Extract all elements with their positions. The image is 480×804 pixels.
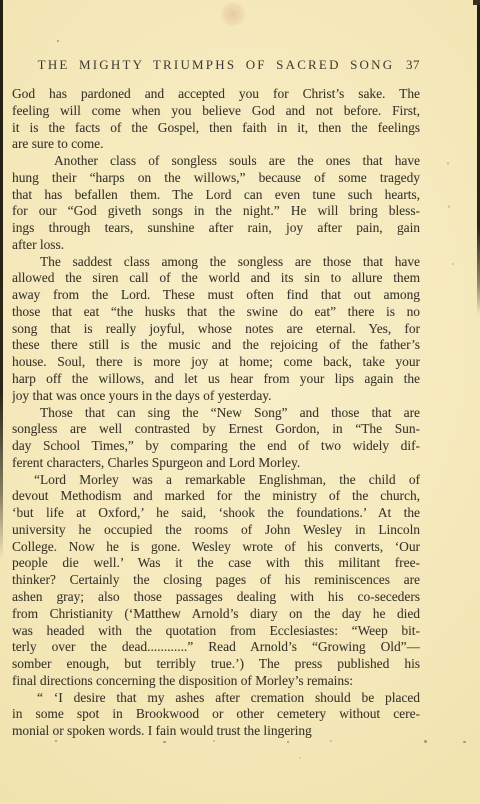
text-line: song that is really joyful, whose notes … <box>12 321 420 338</box>
text-line: people die well.’ Was it the case with t… <box>12 555 420 572</box>
text-line: ferent characters, Charles Spurgeon and … <box>12 455 420 472</box>
scan-speck <box>330 740 332 742</box>
text-block: God has pardoned and accepted you for Ch… <box>12 86 420 740</box>
scan-edge-left <box>0 0 3 560</box>
text-line: was headed with the quotation from Eccle… <box>12 623 420 640</box>
text-line: house. Soul, there is more joy at home; … <box>12 354 420 371</box>
book-page: THE MIGHTY TRIUMPHS OF SACRED SONG 37 Go… <box>0 0 480 804</box>
text-line: are sure to come. <box>12 136 420 153</box>
scan-speck <box>57 40 59 42</box>
text-line: “Lord Morley was a remarkable Englishman… <box>12 472 420 489</box>
text-line: hung their “harps on the willows,” becau… <box>12 170 420 187</box>
paragraph: Another class of songless souls are the … <box>12 153 420 254</box>
text-line: somber enough, but terribly true.’) The … <box>12 656 420 673</box>
paragraph: God has pardoned and accepted you for Ch… <box>12 86 420 153</box>
paper-stain <box>220 2 246 26</box>
scan-corner-mark <box>473 0 480 5</box>
text-line: final directions concerning the disposit… <box>12 673 420 690</box>
text-line: Another class of songless souls are the … <box>12 153 420 170</box>
text-line: those that eat “the husks that the swine… <box>12 304 420 321</box>
text-line: these there still is the music and the r… <box>12 337 420 354</box>
scan-speck <box>213 740 215 742</box>
text-line: devout Methodism and marked for the mini… <box>12 488 420 505</box>
text-line: harp off the willows, and let us hear fr… <box>12 371 420 388</box>
text-line: thinker? Certainly the closing pages of … <box>12 572 420 589</box>
paragraph: The saddest class among the songless are… <box>12 254 420 405</box>
scan-speck <box>163 741 166 743</box>
text-line: from Christianity (‘Matthew Arnold’s dia… <box>12 606 420 623</box>
paragraph: “Lord Morley was a remarkable Englishman… <box>12 472 420 690</box>
scan-speck <box>287 741 289 743</box>
text-line: monial or spoken words. I fain would tru… <box>12 723 420 740</box>
chapter-title: THE MIGHTY TRIUMPHS OF SACRED SONG <box>38 57 395 72</box>
scan-speck <box>55 740 57 742</box>
text-line: ‘but life at Oxford,’ he said, ‘shook th… <box>12 505 420 522</box>
paragraph: Those that can sing the “New Song” and t… <box>12 405 420 472</box>
scan-speck <box>299 757 301 759</box>
text-line: Those that can sing the “New Song” and t… <box>12 405 420 422</box>
text-line: in some spot in Brookwood or other cemet… <box>12 706 420 723</box>
text-line: day School Times,” by comparing the end … <box>12 438 420 455</box>
text-line: after loss. <box>12 237 420 254</box>
text-line: songless are well contrasted by Ernest G… <box>12 421 420 438</box>
text-line: for our “God giveth songs in the night.”… <box>12 203 420 220</box>
scan-speck <box>447 162 449 165</box>
text-line: that has befallen them. The Lord can eve… <box>12 187 420 204</box>
text-line: God has pardoned and accepted you for Ch… <box>12 86 420 103</box>
text-line: joy that was once yours in the days of y… <box>12 388 420 405</box>
text-line: feeling will come when you believe God a… <box>12 103 420 120</box>
scan-speck <box>463 741 466 743</box>
text-line: terly over the dead............” Read Ar… <box>12 639 420 656</box>
page-number: 37 <box>406 57 420 73</box>
text-line: ings through tears, sunshine after rain,… <box>12 220 420 237</box>
text-line: away from the Lord. These must often fin… <box>12 287 420 304</box>
text-line: university he occupied the rooms of John… <box>12 522 420 539</box>
scan-speck <box>424 740 427 743</box>
running-header: THE MIGHTY TRIUMPHS OF SACRED SONG 37 <box>12 57 420 75</box>
text-line: allowed the siren call of the world and … <box>12 270 420 287</box>
text-line: College. Now he is gone. Wesley wrote of… <box>12 539 420 556</box>
text-line: The saddest class among the songless are… <box>12 254 420 271</box>
paragraph: “ ‘I desire that my ashes after crematio… <box>12 690 420 740</box>
scan-speck <box>452 263 454 265</box>
text-line: ashen gray; also those passages dealing … <box>12 589 420 606</box>
text-line: it is the facts of the Gospel, then fait… <box>12 120 420 137</box>
scan-speck <box>448 205 450 208</box>
text-line: “ ‘I desire that my ashes after crematio… <box>12 690 420 707</box>
